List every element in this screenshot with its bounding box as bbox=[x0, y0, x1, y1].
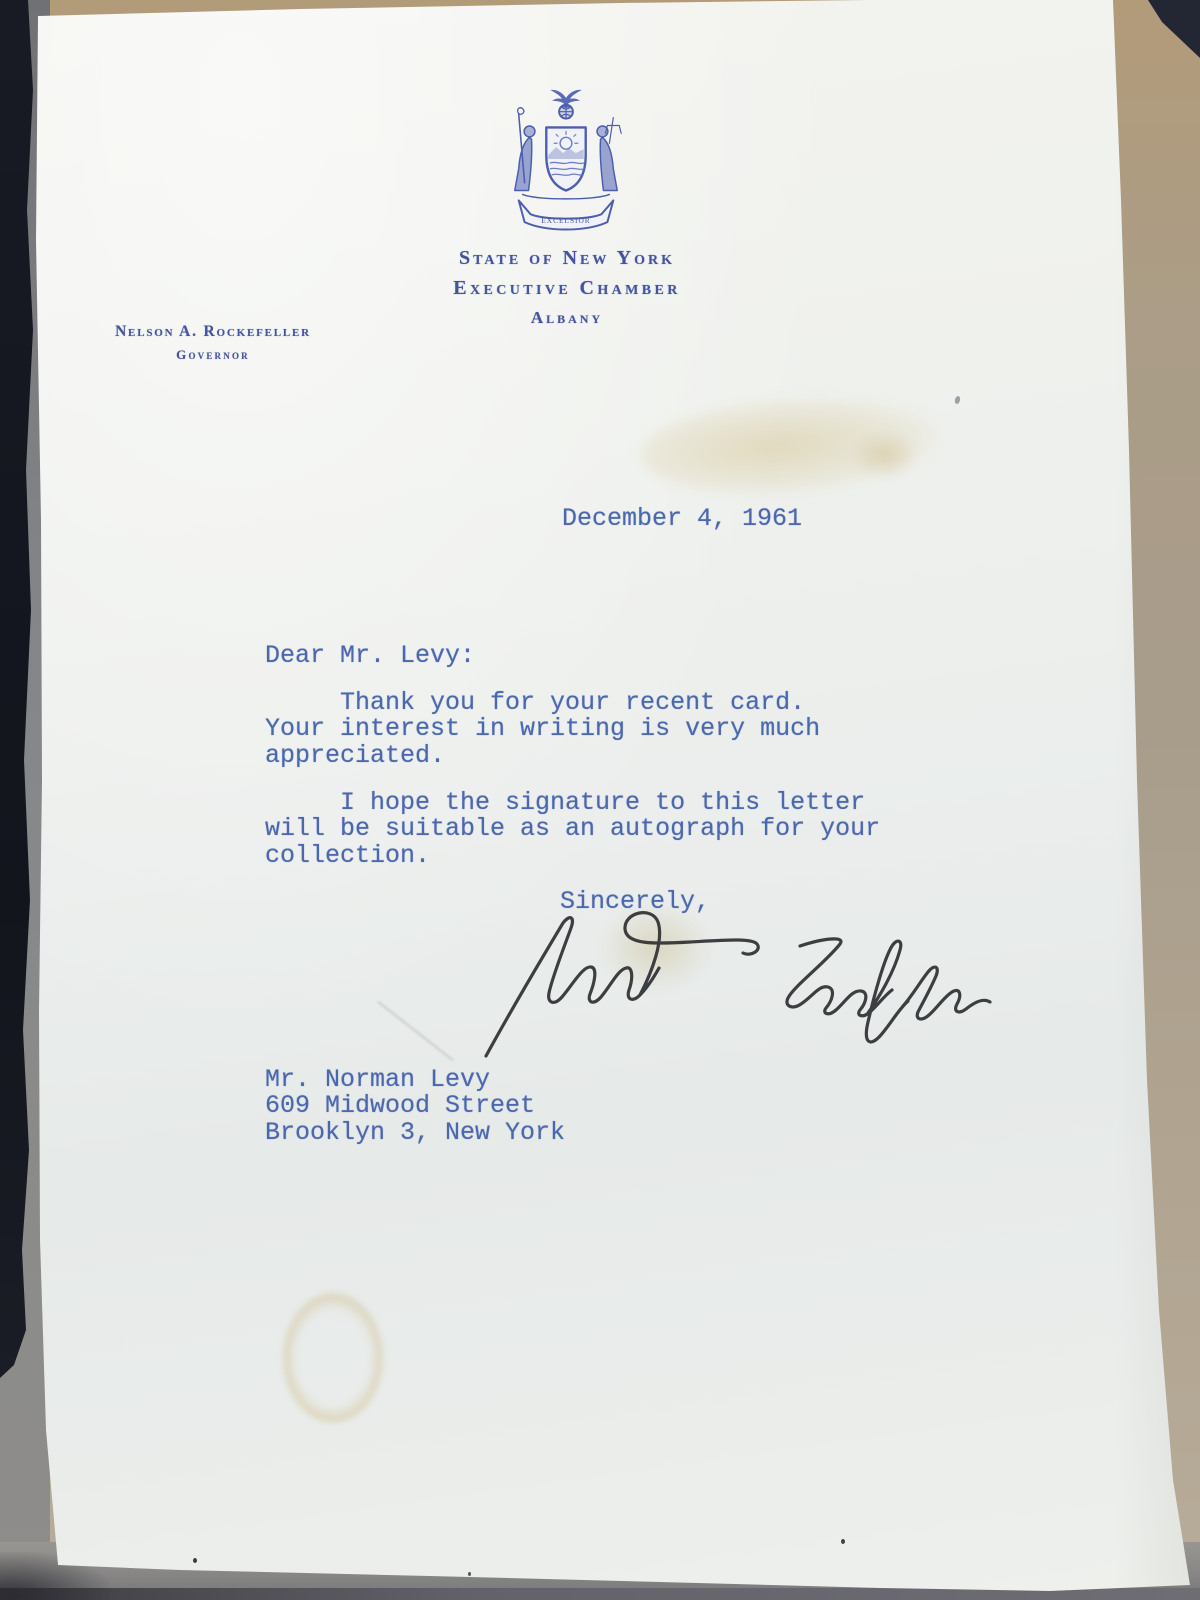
recipient-line: Mr. Norman Levy bbox=[265, 1067, 490, 1093]
body-line: appreciated. bbox=[265, 743, 445, 769]
letterhead-org-line3: Albany bbox=[367, 303, 767, 332]
ny-state-coat-of-arms-icon: EXCELSIOR bbox=[497, 84, 635, 234]
letter-paper: EXCELSIOR State of New York Executive Ch… bbox=[0, 0, 1200, 1600]
body-line: Thank you for your recent card. bbox=[265, 690, 805, 716]
body-line: I hope the signature to this letter bbox=[265, 790, 865, 816]
paper-speck bbox=[193, 1558, 197, 1563]
letterhead-org-line2: Executive Chamber bbox=[367, 273, 767, 303]
body-line: collection. bbox=[265, 843, 430, 869]
letterhead-block: State of New York Executive Chamber Alba… bbox=[367, 243, 767, 332]
body-line: Your interest in writing is very much bbox=[265, 716, 820, 742]
closing: Sincerely, bbox=[560, 889, 710, 915]
paper-speck bbox=[841, 1539, 845, 1544]
official-title: Governor bbox=[63, 344, 363, 366]
photo-background: EXCELSIOR State of New York Executive Ch… bbox=[0, 0, 1200, 1600]
recipient-line: Brooklyn 3, New York bbox=[265, 1120, 565, 1146]
paper-speck bbox=[468, 1572, 471, 1576]
crest-motto: EXCELSIOR bbox=[541, 216, 590, 225]
body-line: will be suitable as an autograph for you… bbox=[265, 816, 880, 842]
paper-speck bbox=[954, 395, 961, 404]
date-line: December 4, 1961 bbox=[562, 506, 802, 532]
paper-stain bbox=[283, 1293, 383, 1423]
official-name: Nelson A. Rockefeller bbox=[63, 319, 363, 344]
paper-stain bbox=[850, 430, 920, 480]
paper-crease bbox=[377, 1001, 453, 1061]
recipient-line: 609 Midwood Street bbox=[265, 1093, 535, 1119]
letterhead-org-line1: State of New York bbox=[367, 243, 767, 273]
letterhead-official-block: Nelson A. Rockefeller Governor bbox=[63, 319, 363, 366]
salutation: Dear Mr. Levy: bbox=[265, 643, 475, 669]
